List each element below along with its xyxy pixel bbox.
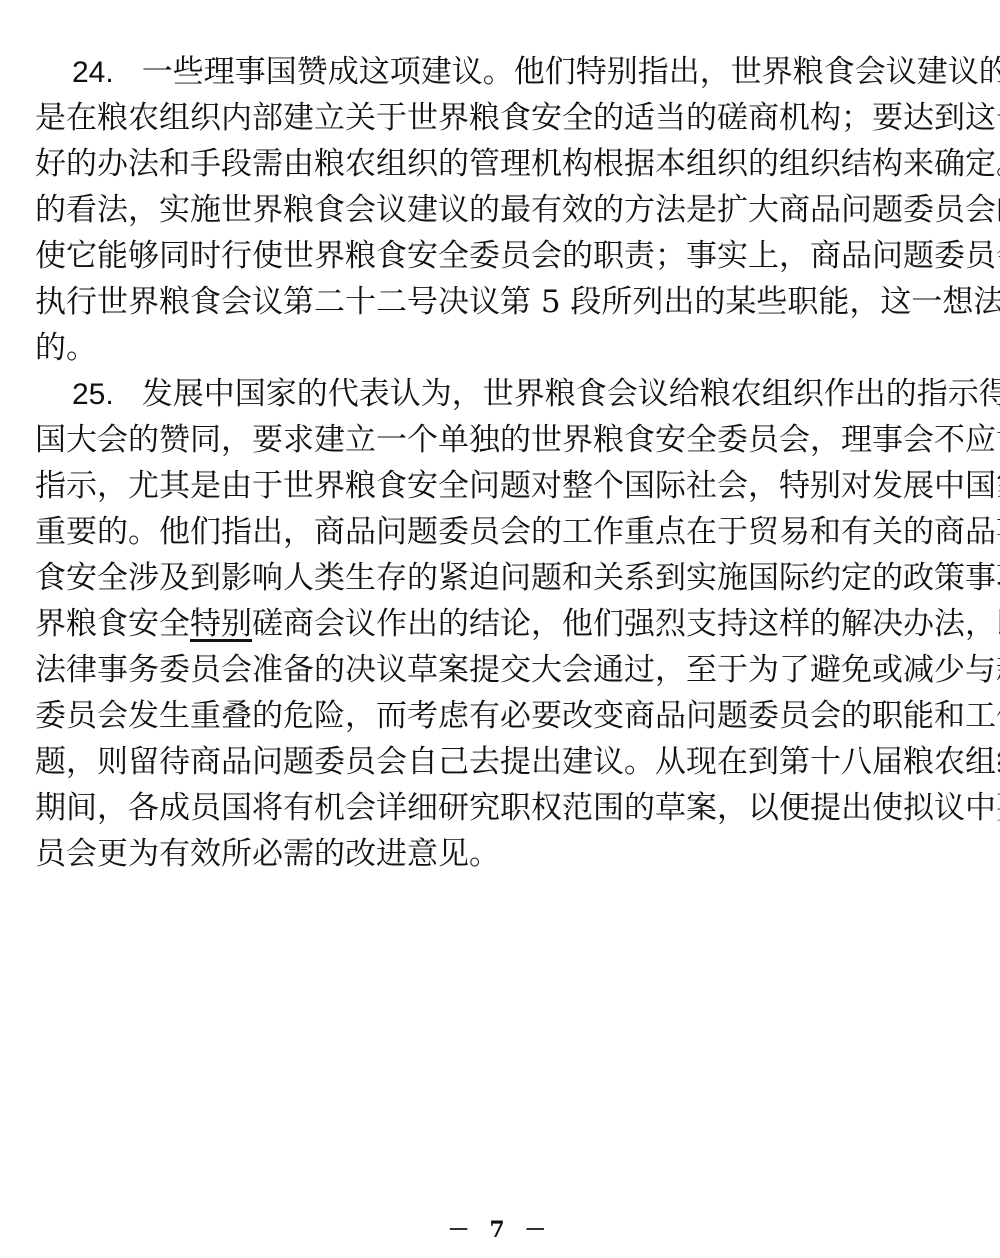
page-number: － 7 － [0,1213,1000,1244]
paragraph-line: 界粮食安全特别磋商会议作出的结论，他们强烈支持这样的解决办法，即把章程与 [35,604,957,644]
paragraph-line: 国大会的赞同，要求建立一个单独的世界粮食安全委员会，理事会不应该违背这一 [35,420,957,460]
paragraph-line: 好的办法和手段需由粮农组织的管理机构根据本组织的组织结构来确定。按照他们 [35,144,957,184]
paragraph-line: 题，则留待商品问题委员会自己去提出建议。从现在到第十八届粮农组织大会这一 [35,742,957,782]
document-page: 24.一些理事国赞成这项建议。他们特别指出，世界粮食会议建议的基本目的 是在粮农… [0,0,1000,1258]
paragraph-line: 是在粮农组织内部建立关于世界粮食安全的适当的磋商机构；要达到这一目的的最 [35,98,957,138]
paragraph-line: 食安全涉及到影响人类生存的紧迫问题和关系到实施国际约定的政策事项。按照世 [35,558,957,598]
paragraph-line: 的。 [35,328,957,368]
paragraph-number: 25. [72,378,114,411]
paragraph-line: 24.一些理事国赞成这项建议。他们特别指出，世界粮食会议建议的基本目的 [72,52,957,92]
paragraph-line: 使它能够同时行使世界粮食安全委员会的职责；事实上，商品问题委员会已被授权 [35,236,957,276]
paragraph-line: 法律事务委员会准备的决议草案提交大会通过，至于为了避免或减少与新建立一个 [35,650,957,690]
paragraph-line: 执行世界粮食会议第二十二号决议第 5 段所列出的某些职能，这一想法是容易做到 [35,282,957,322]
paragraph-line: 期间，各成员国将有机会详细研究职权范围的草案，以便提出使拟议中要建立的委 [35,788,957,828]
paragraph-line: 重要的。他们指出，商品问题委员会的工作重点在于贸易和有关的商品事项，而粮 [35,512,957,552]
paragraph-line: 员会更为有效所必需的改进意见。 [35,834,957,874]
paragraph-line: 的看法，实施世界粮食会议建议的最有效的方法是扩大商品问题委员会的职权范围， [35,190,957,230]
paragraph-line: 委员会发生重叠的危险，而考虑有必要改变商品问题委员会的职能和工作方法的问 [35,696,957,736]
paragraph-number: 24. [72,56,114,89]
paragraph-line: 25.发展中国家的代表认为，世界粮食会议给粮农组织作出的指示得到了联合 [72,374,957,414]
paragraph-line: 指示，尤其是由于世界粮食安全问题对整个国际社会，特别对发展中国家，是至为 [35,466,957,506]
underlined-text: 特别 [190,606,252,642]
